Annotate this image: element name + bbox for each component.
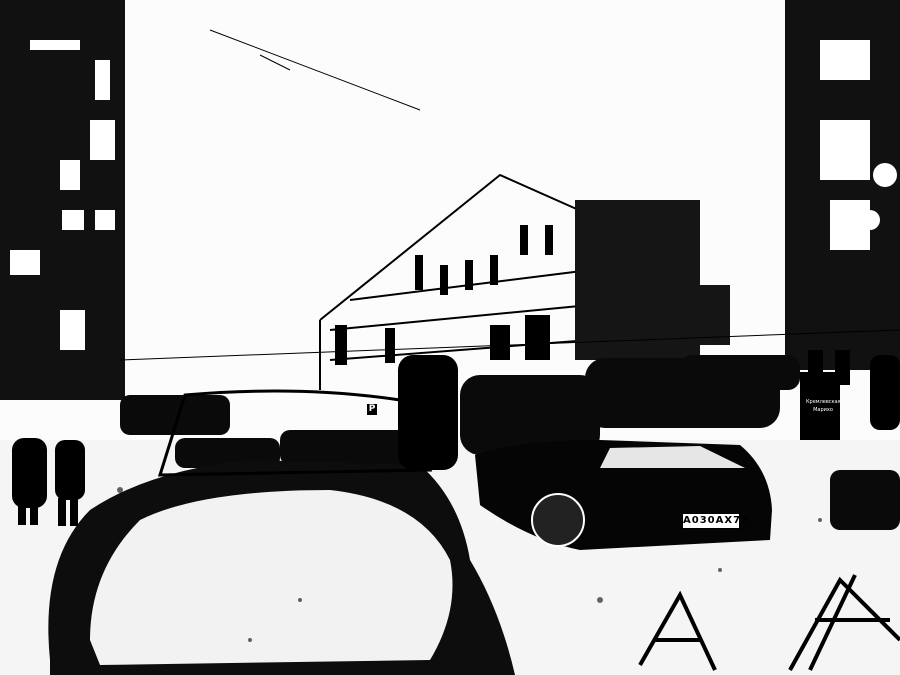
parking-sign: P [367, 404, 377, 415]
scene-drawing [0, 0, 900, 675]
left-building [0, 0, 125, 400]
shop-sign-text: Кремлевская Марихо [806, 398, 840, 416]
license-plate: А030АХ77 [682, 513, 740, 529]
photo-scene: А030АХ77 Кремлевская Марихо P [0, 0, 900, 675]
right-building [785, 0, 900, 370]
